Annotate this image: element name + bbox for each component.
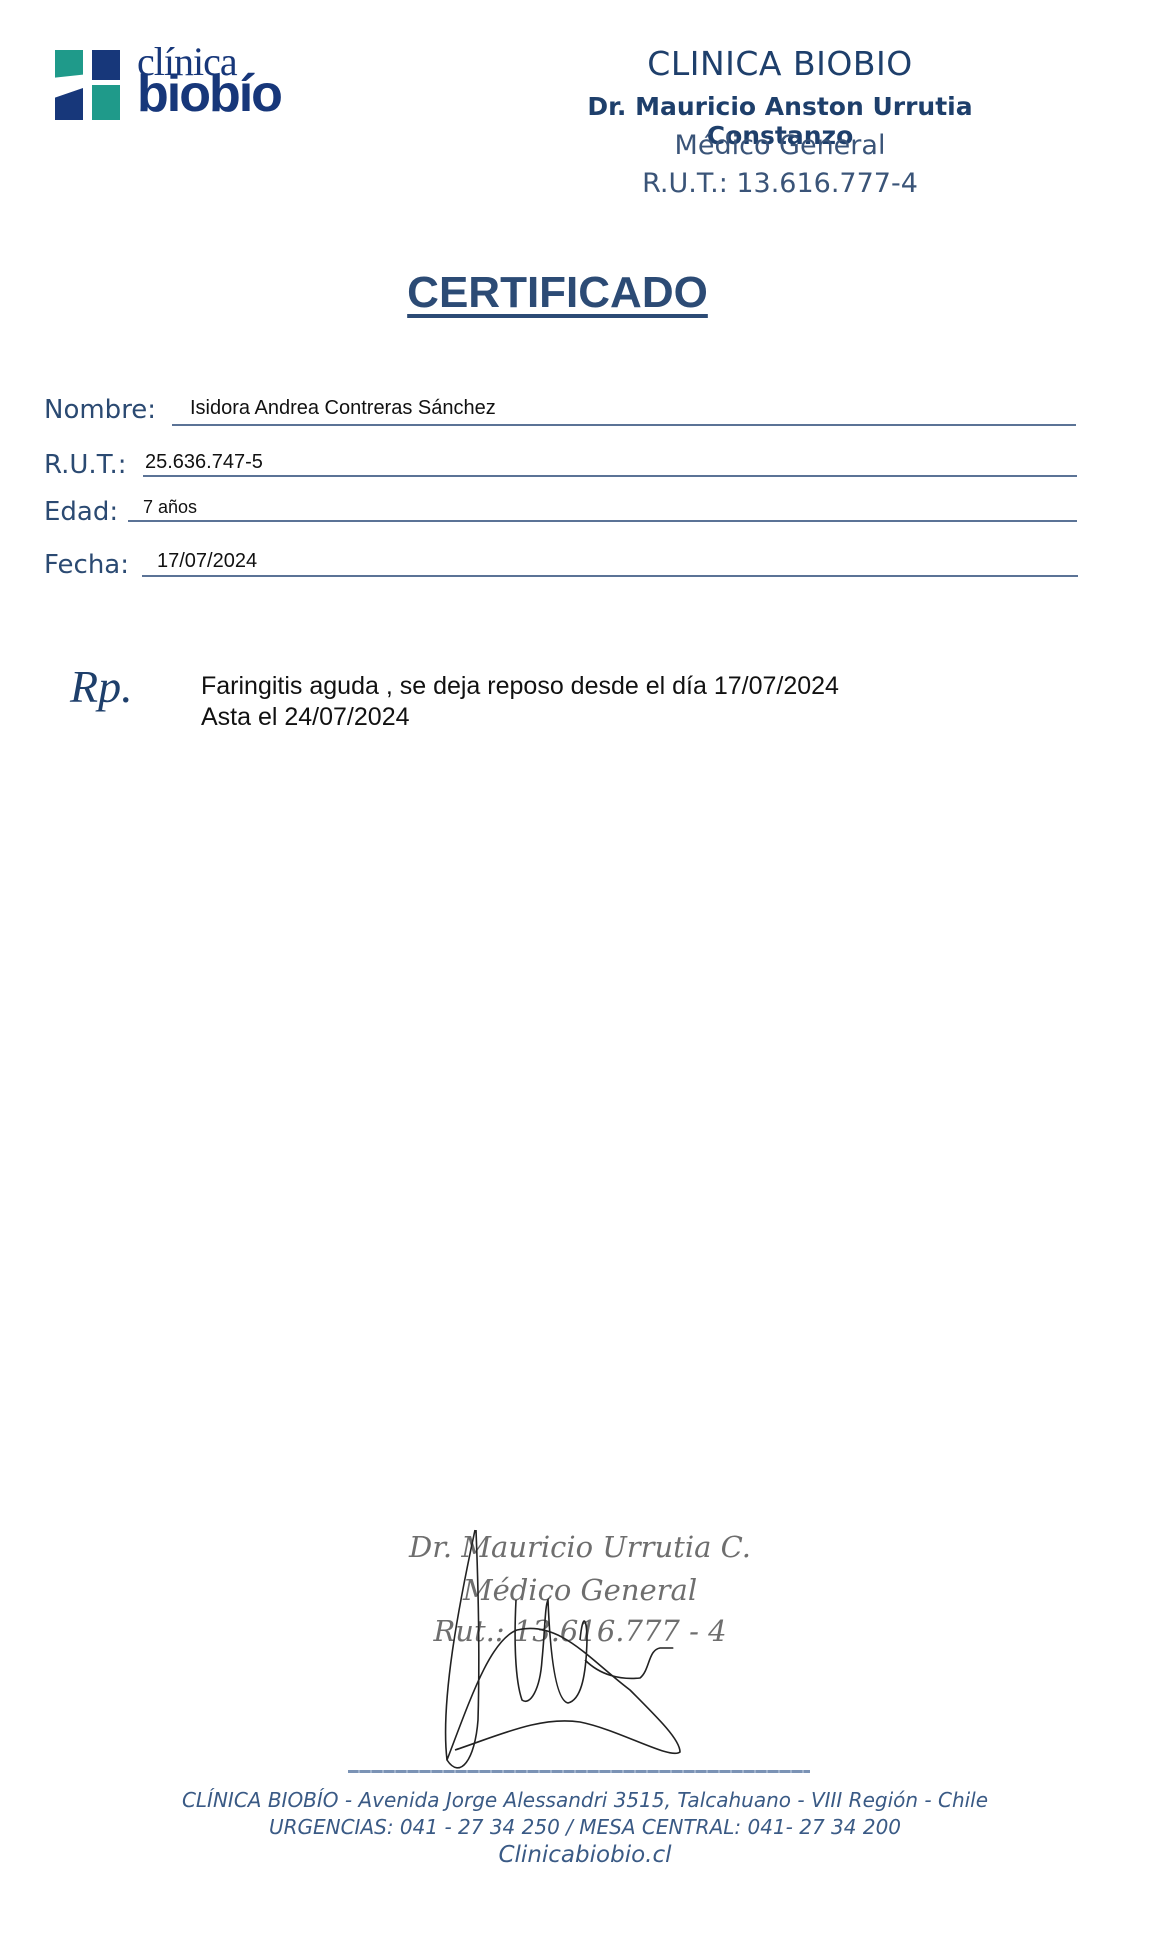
clinic-logo: clínica biobío <box>55 50 305 130</box>
clinic-name: CLINICA BIOBIO <box>520 44 1040 83</box>
stamp-specialty: Médico General <box>300 1573 860 1607</box>
logo-square-icon <box>92 50 120 80</box>
footer-website[interactable]: Clinicabiobio.cl <box>0 1842 1170 1868</box>
title-text: CERTIFICADO <box>407 268 708 317</box>
rx-line: Asta el 24/07/2024 <box>201 703 410 732</box>
rut-label: R.U.T.: <box>44 450 127 480</box>
logo-square-icon <box>55 50 83 80</box>
stamp-rut: Rut.: 13.616.777 - 4 <box>300 1614 860 1648</box>
signature-line <box>348 1770 810 1773</box>
stamp-name: Dr. Mauricio Urrutia C. <box>300 1530 860 1564</box>
edad-label: Edad: <box>44 497 118 527</box>
footer-phones: URGENCIAS: 041 - 27 34 250 / MESA CENTRA… <box>0 1815 1170 1839</box>
rx-symbol: Rp. <box>70 660 133 713</box>
rut-underline <box>143 475 1077 477</box>
logo-text-biobio: biobío <box>137 68 281 120</box>
doctor-rut: R.U.T.: 13.616.777-4 <box>520 168 1040 199</box>
fecha-label: Fecha: <box>44 550 129 580</box>
nombre-underline <box>172 424 1076 426</box>
rut-value: 25.636.747-5 <box>145 451 263 474</box>
nombre-label: Nombre: <box>44 395 156 425</box>
logo-square-icon <box>55 88 83 120</box>
rx-line: Faringitis aguda , se deja reposo desde … <box>201 672 839 701</box>
document-title: CERTIFICADO <box>0 268 1115 318</box>
fecha-underline <box>142 575 1078 577</box>
logo-square-icon <box>92 85 120 120</box>
edad-value: 7 años <box>143 497 197 518</box>
fecha-value: 17/07/2024 <box>157 550 257 573</box>
doctor-specialty: Médico General <box>520 130 1040 161</box>
footer-address: CLÍNICA BIOBÍO - Avenida Jorge Alessandr… <box>0 1788 1170 1812</box>
edad-underline <box>128 520 1077 522</box>
nombre-value: Isidora Andrea Contreras Sánchez <box>190 397 496 420</box>
